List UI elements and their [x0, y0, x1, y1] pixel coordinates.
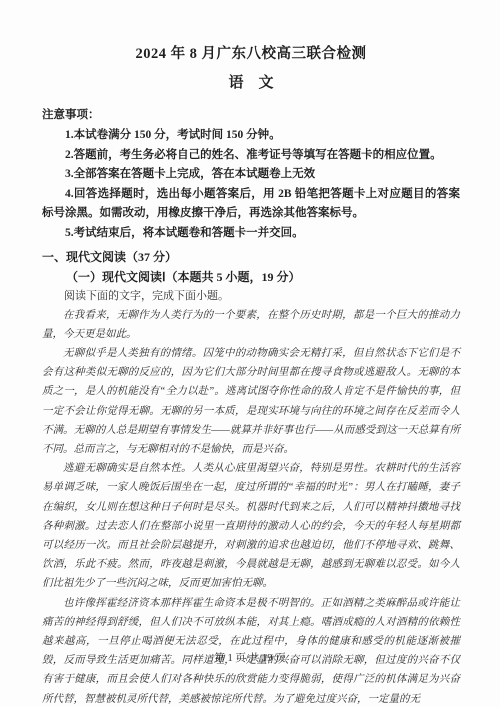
notice-item: 5.考试结束后，将本试题卷和答题卡一并交回。 [42, 224, 460, 244]
page-number: 第 1 页/共 19 页 [0, 650, 500, 665]
passage-paragraph: 无聊似乎是人类独有的情绪。囚笼中的动物确实会无精打采，但自然状态下它们是不会有这… [42, 344, 460, 459]
exam-subject: 语 文 [42, 73, 460, 93]
section-instruction: 阅读下面的文字，完成下面小题。 [42, 287, 460, 306]
exam-title: 2024 年 8 月广东八校高三联合检测 [42, 44, 460, 64]
passage-paragraph: 在我看来，无聊作为人类行为的一个要素，在整个历史时期，都是一个巨大的推动力量，今… [42, 306, 460, 344]
notice-section: 注意事项： 1.本试卷满分 150 分，考试时间 150 分钟。 2.答题前，考… [42, 106, 460, 244]
notice-item: 2.答题前，考生务必将自己的姓名、准考证号等填写在答题卡的相应位置。 [42, 146, 460, 166]
passage-paragraph: 逃避无聊确实是自然本性。人类从心底里渴望兴奋，特别是男性。农耕时代的生活容易单调… [42, 459, 460, 593]
notice-item: 4.回答选择题时，选出每小题答案后，用 2B 铅笔把答题卡上对应题目的答案标号涂… [42, 185, 460, 224]
notice-item: 3.全部答案在答题卡上完成，答在本试题卷上无效 [42, 165, 460, 185]
notice-heading: 注意事项： [42, 106, 460, 124]
section-subheading: （一）现代文阅读Ⅰ（本题共 5 小题，19 分） [42, 267, 460, 287]
passage: 在我看来，无聊作为人类行为的一个要素，在整个历史时期，都是一个巨大的推动力量，今… [42, 306, 460, 707]
exam-paper-page: 2024 年 8 月广东八校高三联合检测 语 文 注意事项： 1.本试卷满分 1… [0, 0, 500, 707]
section-heading: 一、现代文阅读（37 分） [42, 247, 460, 267]
notice-item: 1.本试卷满分 150 分，考试时间 150 分钟。 [42, 126, 460, 146]
reading-section: 一、现代文阅读（37 分） （一）现代文阅读Ⅰ（本题共 5 小题，19 分） 阅… [42, 247, 460, 707]
